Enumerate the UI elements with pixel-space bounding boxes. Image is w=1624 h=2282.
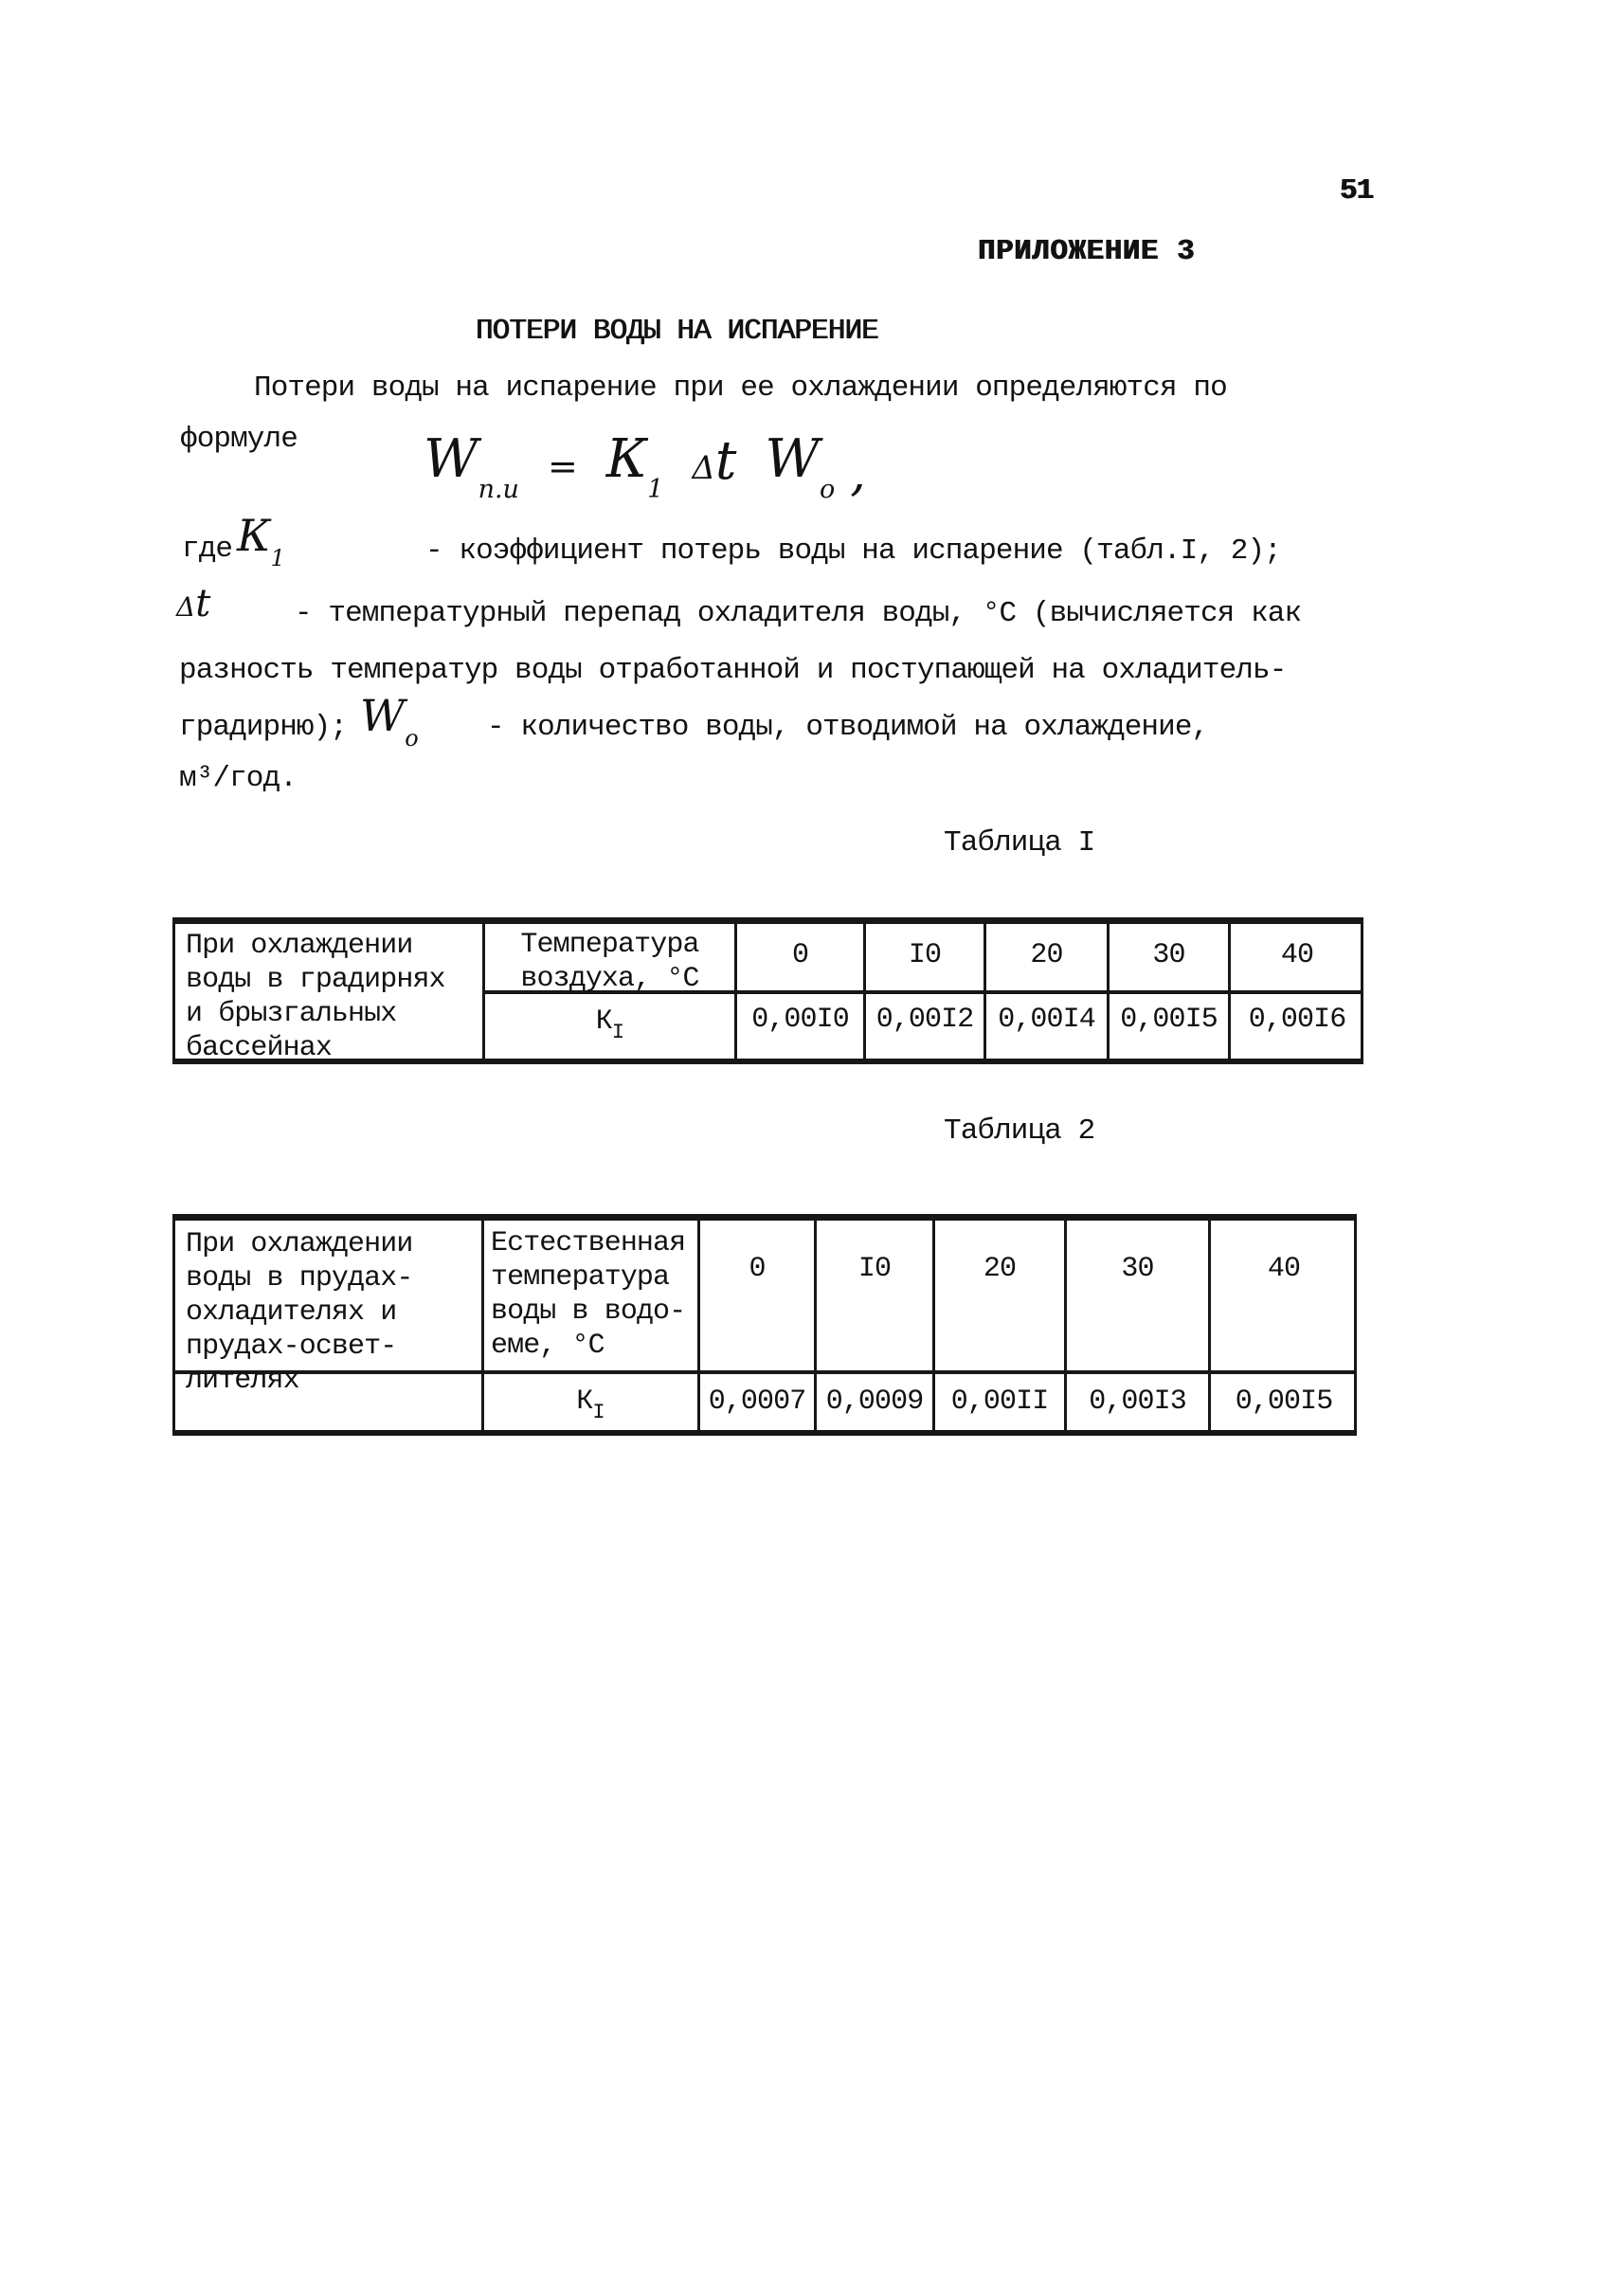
- table2-caption: Таблица 2: [944, 1114, 1094, 1148]
- table2-value-cell: 0,00I5: [1211, 1385, 1357, 1419]
- table2-row-label-line: лителях: [186, 1364, 470, 1398]
- table1-caption: Таблица I: [944, 826, 1094, 860]
- definition-wo-subscript: о: [405, 725, 418, 752]
- table1-row-label-line: бассейнах: [186, 1031, 478, 1065]
- definition-k-subscript: 1: [271, 545, 285, 571]
- table2-gridline: [481, 1214, 484, 1436]
- table1-top-border: [172, 917, 1363, 924]
- table2-bottom-border: [172, 1430, 1357, 1436]
- table2-header-line: температура: [491, 1260, 695, 1295]
- table2-top-border: [172, 1214, 1357, 1221]
- table2-header-label: Естественная температура воды в водо- ем…: [491, 1226, 695, 1363]
- definition-unit-text: м³/год.: [179, 762, 297, 795]
- formula-wo-base: W: [765, 428, 820, 490]
- table2-k-coefficient-cell: КI: [485, 1385, 695, 1430]
- table2-left-border: [172, 1214, 175, 1436]
- table1-temp-cell: 0: [737, 938, 863, 972]
- table1-left-border: [172, 917, 175, 1064]
- definition-wo-text: - количество воды, отводимой на охлажден…: [487, 711, 1208, 744]
- definition-k-base: К: [237, 510, 271, 561]
- document-title: ПОТЕРИ ВОДЫ НА ИСПАРЕНИЕ: [476, 315, 878, 348]
- definition-where-label: где: [182, 533, 232, 566]
- table1-header-line: воздуха, °С: [485, 962, 734, 996]
- table1-row-label: При охлаждении воды в градирнях и брызга…: [186, 929, 478, 1065]
- formula-w-base: W: [424, 428, 478, 490]
- formula-wo-subscript: о: [820, 475, 835, 504]
- document-page: 51 ПРИЛОЖЕНИЕ 3 ПОТЕРИ ВОДЫ НА ИСПАРЕНИЕ…: [0, 0, 1624, 2282]
- table1-row-label-line: воды в градирнях: [186, 963, 478, 997]
- definition-gradirnyu-text: градирню);: [179, 711, 347, 744]
- table1-value-cell: 0,00I6: [1231, 1003, 1363, 1037]
- table2-value-cell: 0,0009: [817, 1385, 932, 1419]
- formula-w-loss: Wп.и: [424, 428, 519, 502]
- definition-delta-t-text-cont: разность температур воды отработанной и …: [179, 654, 1286, 687]
- table1-value-cell: 0,00I0: [737, 1003, 863, 1037]
- table2-k-subscript: I: [592, 1401, 604, 1424]
- definition-delta-t-text: - температурный перепад охладителя воды,…: [295, 597, 1301, 630]
- formula-delta-t: Δt: [692, 428, 736, 492]
- table1-k-subscript: I: [612, 1021, 623, 1044]
- formula-equals-sign: =: [548, 445, 578, 487]
- table2-header-line: воды в водо-: [491, 1295, 695, 1329]
- table1-value-cell: 0,00I4: [986, 1003, 1107, 1037]
- table2-value-cell: 0,00II: [935, 1385, 1064, 1419]
- intro-paragraph-line-1: Потери воды на испарение при ее охлажден…: [254, 371, 1227, 405]
- formula-k-base: К: [606, 428, 647, 490]
- table2-header-line: Естественная: [491, 1226, 695, 1260]
- definition-t: t: [195, 582, 210, 625]
- definition-wo-symbol: Wо: [360, 694, 419, 750]
- formula-evaporation-loss: Wп.и = К1 Δt Wо ,: [424, 428, 866, 502]
- table1-header-label: Температура воздуха, °С: [485, 928, 734, 996]
- appendix-heading: ПРИЛОЖЕНИЕ 3: [978, 235, 1195, 268]
- table2-row-label-line: воды в прудах-: [186, 1261, 470, 1295]
- intro-paragraph-line-2: формуле: [180, 423, 298, 456]
- table2-temp-cell: 0: [700, 1252, 814, 1286]
- table2-row-label-line: прудах-освет-: [186, 1330, 470, 1364]
- formula-k-coefficient: К1: [606, 428, 664, 502]
- definition-wo-base: W: [360, 690, 405, 741]
- table2-row-label-line: При охлаждении: [186, 1227, 470, 1261]
- definition-k-text: - коэффициент потерь воды на испарение (…: [425, 534, 1281, 568]
- formula-t: t: [715, 430, 737, 492]
- table1-row-label-line: При охлаждении: [186, 929, 478, 963]
- table2-cooling-ponds: При охлаждении воды в прудах- охладителя…: [172, 1214, 1357, 1436]
- table1-temp-cell: 30: [1110, 938, 1228, 972]
- table2-temp-cell: 30: [1067, 1252, 1208, 1286]
- table2-k-base: К: [576, 1385, 592, 1418]
- definition-k-symbol: К1: [237, 514, 285, 570]
- table1-temp-cell: 20: [986, 938, 1107, 972]
- definition-delta-t-symbol: Δt: [176, 582, 210, 625]
- table2-value-cell: 0,0007: [700, 1385, 814, 1419]
- formula-comma: ,: [850, 445, 866, 502]
- table1-value-cell: 0,00I2: [866, 1003, 983, 1037]
- table2-row-label: При охлаждении воды в прудах- охладителя…: [186, 1227, 470, 1398]
- table2-row-label-line: охладителях и: [186, 1295, 470, 1330]
- formula-w-cooling: Wо: [765, 428, 835, 502]
- table1-header-line: Температура: [485, 928, 734, 962]
- table1-temp-cell: I0: [866, 938, 983, 972]
- formula-w-subscript: п.и: [478, 475, 519, 504]
- table1-value-cell: 0,00I5: [1110, 1003, 1228, 1037]
- definition-delta-sign: Δ: [176, 591, 195, 623]
- table1-cooling-towers: При охлаждении воды в градирнях и брызга…: [172, 917, 1363, 1064]
- page-number: 51: [1340, 174, 1373, 208]
- table2-temp-cell: I0: [817, 1252, 932, 1286]
- table2-temp-cell: 20: [935, 1252, 1064, 1286]
- formula-delta-sign: Δ: [692, 449, 715, 487]
- table2-value-cell: 0,00I3: [1067, 1385, 1208, 1419]
- table1-temp-cell: 40: [1231, 938, 1363, 972]
- table2-header-line: еме, °С: [491, 1329, 695, 1363]
- table2-temp-cell: 40: [1211, 1252, 1357, 1286]
- formula-k-subscript: 1: [647, 475, 663, 504]
- table1-row-label-line: и брызгальных: [186, 997, 478, 1031]
- table1-k-base: К: [596, 1005, 612, 1038]
- table1-k-coefficient-cell: КI: [485, 1005, 734, 1050]
